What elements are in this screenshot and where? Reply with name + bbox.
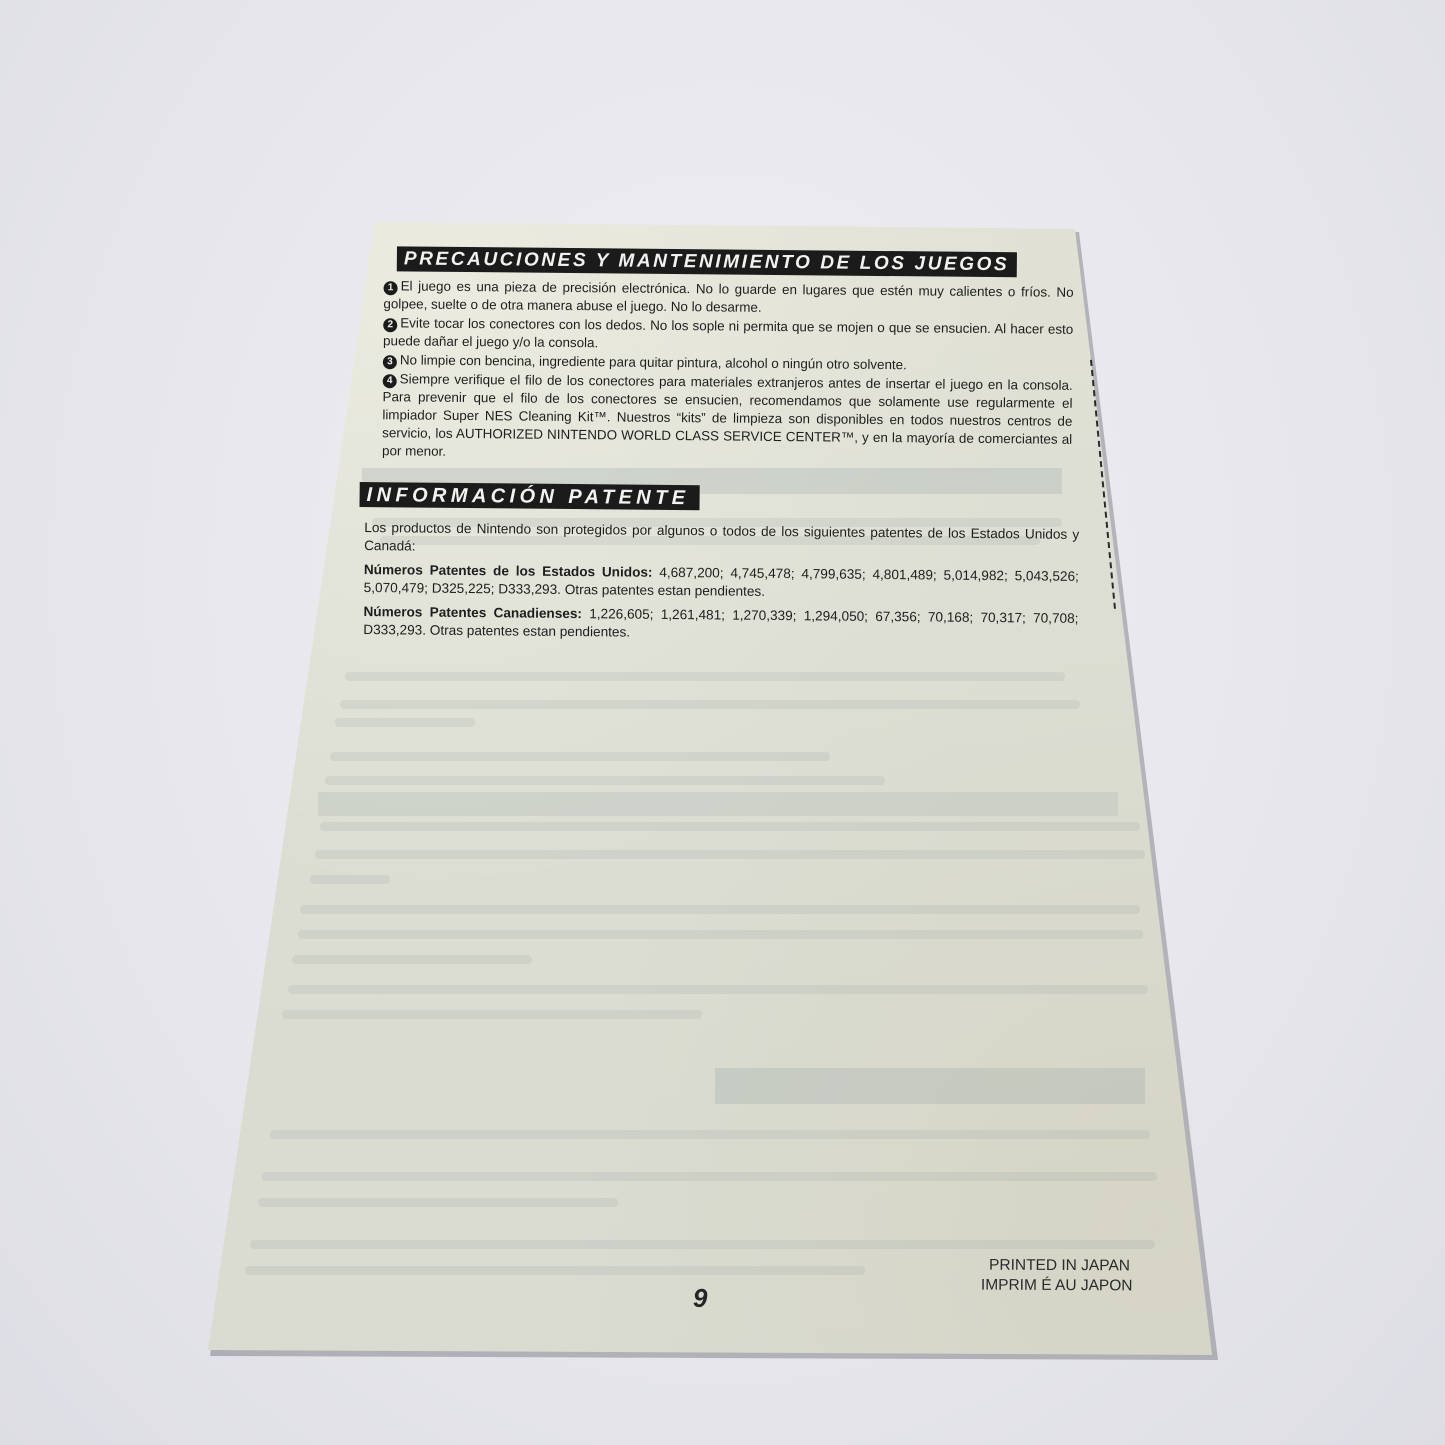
ca-patents-label: Números Patentes Canadienses: — [363, 604, 582, 621]
patent-section: INFORMACIÓN PATENTE Los productos de Nin… — [358, 482, 1074, 646]
manual-page — [0, 0, 1445, 1445]
precautions-list: 1El juego es una pieza de precisión elec… — [382, 277, 1074, 467]
list-item: 4Siempre verifique el filo de los conect… — [382, 370, 1073, 467]
printed-in-japan: PRINTED IN JAPAN IMPRIM É AU JAPON — [981, 1256, 1133, 1297]
item-text: El juego es una pieza de precisión elect… — [383, 278, 1073, 314]
ca-patents: Números Patentes Canadienses: 1,226,605;… — [363, 603, 1078, 646]
item-text: Siempre verifique el filo de los conecto… — [382, 371, 1073, 458]
patent-intro: Los productos de Nintendo son protegidos… — [364, 519, 1079, 562]
patent-body: Los productos de Nintendo son protegidos… — [363, 519, 1079, 646]
printed-line-1: PRINTED IN JAPAN — [981, 1256, 1133, 1277]
number-2-icon: 2 — [383, 318, 397, 332]
section-heading-patente: INFORMACIÓN PATENTE — [359, 482, 699, 510]
number-1-icon: 1 — [384, 281, 398, 295]
page-content: PRECAUCIONES Y MANTENIMIENTO DE LOS JUEG… — [358, 246, 1077, 652]
list-item: 1El juego es una pieza de precisión elec… — [383, 277, 1073, 320]
us-patents: Números Patentes de los Estados Unidos: … — [364, 561, 1079, 604]
page-number: 9 — [693, 1283, 708, 1314]
us-patents-label: Números Patentes de los Estados Unidos: — [364, 562, 653, 580]
item-text: No limpie con bencina, ingrediente para … — [400, 352, 907, 372]
list-item: 2Evite tocar los conectores con los dedo… — [383, 314, 1073, 357]
printed-line-2: IMPRIM É AU JAPON — [981, 1276, 1133, 1297]
number-4-icon: 4 — [383, 374, 397, 388]
section-heading-precauciones: PRECAUCIONES Y MANTENIMIENTO DE LOS JUEG… — [397, 246, 1018, 277]
number-3-icon: 3 — [383, 355, 397, 369]
item-text: Evite tocar los conectores con los dedos… — [383, 315, 1073, 350]
